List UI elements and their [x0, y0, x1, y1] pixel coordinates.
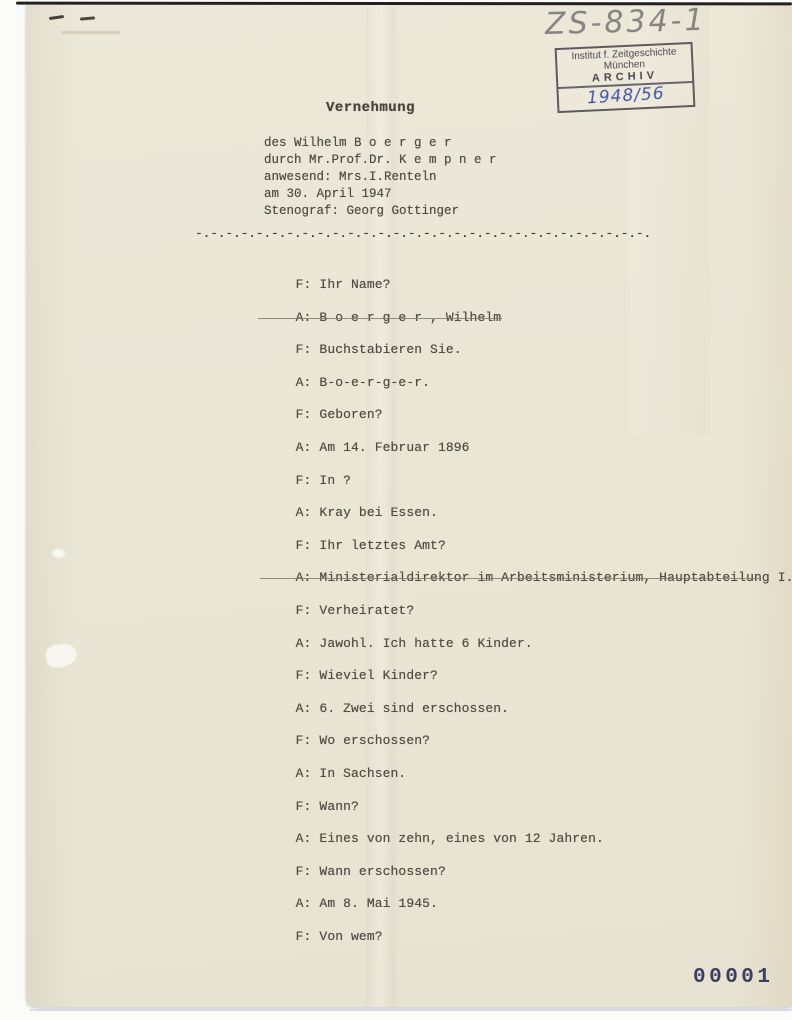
- qa-text: 6. Zwei sind erschossen.: [319, 701, 509, 716]
- qa-speaker: A:: [296, 505, 312, 520]
- archive-code-handwritten: ZS-834-1: [545, 1, 776, 42]
- paper-bottom-edge: [30, 1009, 792, 1011]
- header-line: durch Mr.Prof.Dr. K e m p n e r: [264, 152, 497, 169]
- qa-text: Von wem?: [319, 929, 382, 944]
- qa-line: A:6. Zwei sind erschossen.: [264, 688, 792, 721]
- qa-speaker: F:: [296, 864, 312, 879]
- qa-text: Jawohl. Ich hatte 6 Kinder.: [319, 636, 532, 651]
- stamp-number-handwritten: 1948/56: [558, 82, 693, 110]
- qa-line: F:Wann?: [264, 786, 792, 819]
- qa-speaker: A:: [296, 766, 312, 781]
- qa-speaker: F:: [296, 407, 312, 422]
- qa-speaker: F:: [296, 668, 312, 683]
- qa-line: A:In Sachsen.: [264, 753, 792, 786]
- qa-text: Wieviel Kinder?: [319, 668, 438, 683]
- qa-text: Am 14. Februar 1896: [319, 440, 469, 455]
- qa-line: A:B o e r g e r , Wilhelm: [264, 297, 792, 330]
- qa-speaker: F:: [296, 473, 312, 488]
- qa-speaker: F:: [296, 277, 312, 292]
- paper-shading: [26, 5, 76, 1007]
- qa-text: Ihr Name?: [319, 277, 390, 292]
- qa-speaker: A:: [296, 636, 312, 651]
- qa-line: A:Am 14. Februar 1896: [264, 427, 792, 460]
- qa-line: F:Wann erschossen?: [264, 851, 792, 884]
- qa-speaker: F:: [296, 603, 312, 618]
- separator-line: -.-.-.-.-.-.-.-.-.-.-.-.-.-.-.-.-.-.-.-.…: [195, 227, 675, 240]
- qa-speaker: F:: [296, 929, 312, 944]
- qa-line: F:Verheiratet?: [264, 590, 792, 623]
- qa-text: Wo erschossen?: [319, 733, 430, 748]
- qa-line: F:Buchstabieren Sie.: [264, 329, 792, 362]
- stamp-number-row: 1948/56: [558, 81, 693, 111]
- qa-line: F:Ihr letztes Amt?: [264, 525, 792, 558]
- header-line: des Wilhelm B o e r g e r: [264, 135, 497, 152]
- qa-speaker: A:: [296, 375, 312, 390]
- qa-line: A:Kray bei Essen.: [264, 492, 792, 525]
- qa-speaker: F:: [296, 799, 312, 814]
- qa-speaker: A:: [296, 831, 312, 846]
- scanned-page: ZS-834-1 Institut f. Zeitgeschichte Münc…: [0, 0, 792, 1020]
- page-number-stamp: 00001: [693, 966, 774, 989]
- qa-text: In ?: [319, 473, 351, 488]
- document-title: Vernehmung: [326, 100, 415, 116]
- qa-text: Eines von zehn, eines von 12 Jahren.: [319, 831, 603, 846]
- header-line: am 30. April 1947: [264, 186, 497, 203]
- qa-line: F:Wieviel Kinder?: [264, 655, 792, 688]
- qa-speaker: A:: [296, 896, 312, 911]
- qa-line: A:Am 8. Mai 1945.: [264, 883, 792, 916]
- qa-line: A:Eines von zehn, eines von 12 Jahren.: [264, 818, 792, 851]
- paper-hole: [52, 549, 65, 558]
- qa-line: F:Von wem?: [264, 916, 792, 949]
- qa-speaker: A:: [296, 440, 312, 455]
- header-line: anwesend: Mrs.I.Renteln: [264, 169, 497, 186]
- qa-line: A:B-o-e-r-g-e-r.: [264, 362, 792, 395]
- qa-speaker: A:: [296, 701, 312, 716]
- header-line: Stenograf: Georg Gottinger: [264, 203, 497, 220]
- qa-line: F:Geboren?: [264, 394, 792, 427]
- archive-stamp: Institut f. Zeitgeschichte München ARCHI…: [555, 42, 696, 113]
- qa-line: A:Jawohl. Ich hatte 6 Kinder.: [264, 623, 792, 656]
- qa-line: A:Ministerialdirektor im Arbeitsminister…: [264, 557, 792, 590]
- qa-speaker: F:: [296, 538, 312, 553]
- qa-text: Wann?: [319, 799, 359, 814]
- document-header: des Wilhelm B o e r g e rdurch Mr.Prof.D…: [264, 135, 497, 220]
- qa-line: F:In ?: [264, 460, 792, 493]
- qa-text: Buchstabieren Sie.: [319, 342, 461, 357]
- qa-text: Verheiratet?: [319, 603, 414, 618]
- qa-text: Geboren?: [319, 407, 382, 422]
- qa-line: F:Ihr Name?: [264, 264, 792, 297]
- qa-text: In Sachsen.: [319, 766, 406, 781]
- qa-text: B-o-e-r-g-e-r.: [319, 375, 430, 390]
- typed-underline: [260, 578, 760, 579]
- qa-text: Ihr letztes Amt?: [319, 538, 445, 553]
- qa-text: Kray bei Essen.: [319, 505, 438, 520]
- qa-speaker: F:: [296, 342, 312, 357]
- qa-text: Wann erschossen?: [319, 864, 445, 879]
- smudge-mark: [62, 31, 120, 34]
- qa-speaker: F:: [296, 733, 312, 748]
- qa-line: F:Wo erschossen?: [264, 720, 792, 753]
- qa-list: F:Ihr Name? A:B o e r g e r , Wilhelm F:…: [264, 264, 792, 948]
- typed-underline: [258, 318, 502, 319]
- qa-text: Am 8. Mai 1945.: [319, 896, 438, 911]
